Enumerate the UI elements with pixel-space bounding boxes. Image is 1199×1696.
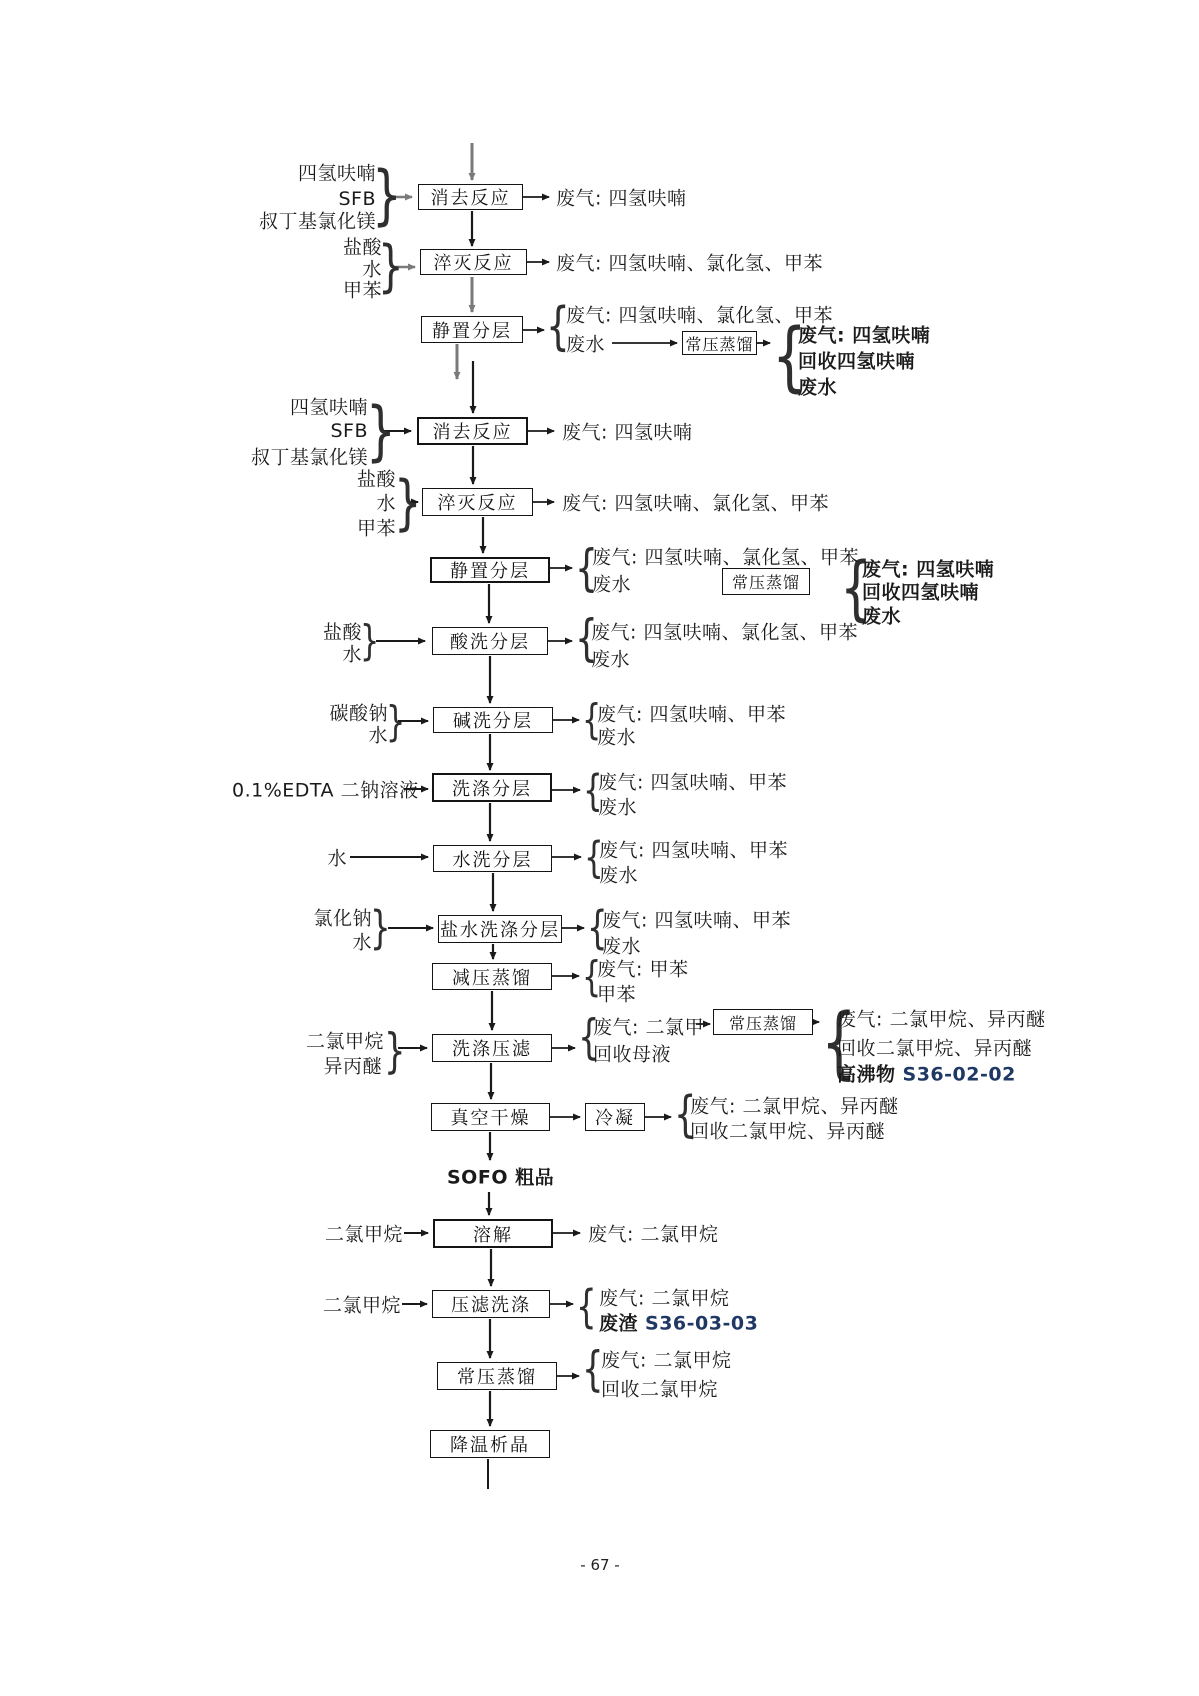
output-gas-line: 废气: 四氢呋喃	[798, 321, 930, 348]
output-wastewater-line: 废水	[862, 602, 901, 629]
process-box-label: 常压蒸馏	[457, 1363, 537, 1389]
process-box-label: 消去反应	[433, 418, 513, 444]
output-wastewater-line: 废水	[798, 373, 837, 400]
process-box-condense: 冷凝	[585, 1103, 645, 1131]
process-box-label: 常压蒸馏	[685, 332, 753, 355]
input-label-dcm: 二氯甲烷	[323, 1291, 401, 1318]
process-box-label: 静置分层	[450, 557, 530, 583]
process-box-dissolve: 溶解	[433, 1219, 553, 1248]
process-box-label: 减压蒸馏	[452, 964, 532, 990]
output-gas-line: 废气: 四氢呋喃	[556, 184, 686, 211]
output-wastewater-line: 废水	[592, 570, 631, 597]
output-recover-line: 回收四氢呋喃	[798, 347, 915, 374]
output-recover-line: 回收二氯甲烷、异丙醚	[837, 1034, 1032, 1061]
input-bracket: }	[366, 396, 396, 468]
output-gas-line: 废气: 二氯甲烷	[588, 1220, 718, 1247]
input-label-nacl: 氯化钠	[313, 904, 372, 931]
output-gas-line: 废气: 四氢呋喃、甲苯	[602, 906, 791, 933]
process-box-label: 静置分层	[432, 317, 512, 343]
output-gas-line: 废气: 四氢呋喃、氯化氢、甲苯	[591, 618, 858, 645]
output-wastewater-line: 废水	[597, 723, 636, 750]
output-wastewater-line: 废水	[591, 645, 630, 672]
waste-residue-code: S36-03-03	[645, 1313, 758, 1335]
process-box-filter-wash: 压滤洗涤	[432, 1290, 550, 1318]
output-wastewater-line: 废水	[566, 330, 605, 357]
input-label-tbmgcl: 叔丁基氯化镁	[251, 443, 368, 470]
process-box-label: 碱洗分层	[453, 707, 533, 733]
process-box-alkali-wash: 碱洗分层	[433, 707, 553, 733]
process-box-label: 真空干燥	[451, 1104, 531, 1130]
process-box-elimination: 消去反应	[418, 184, 523, 210]
input-label-thf: 四氢呋喃	[298, 159, 376, 186]
output-gas-line: 废气: 二氯甲烷、异丙醚	[690, 1092, 898, 1119]
output-toluene-line: 甲苯	[597, 980, 636, 1007]
output-gas-line: 废气: 二氯甲烷	[601, 1346, 731, 1373]
input-bracket: }	[372, 160, 402, 232]
input-bracket: }	[394, 470, 421, 536]
process-box-label: 降温析晶	[450, 1431, 530, 1457]
output-gas-line: 废气: 四氢呋喃、甲苯	[599, 836, 788, 863]
input-label-dcm: 二氯甲烷	[325, 1220, 403, 1247]
output-wastewater-line: 废水	[598, 793, 637, 820]
product-sofo-crude: SOFO 粗品	[447, 1163, 554, 1190]
process-box-atm-distill: 常压蒸馏	[722, 568, 810, 595]
process-box-quench: 淬灭反应	[422, 488, 533, 516]
process-box-wash-separate: 洗涤分层	[432, 773, 552, 802]
process-box-wash-filter: 洗涤压滤	[432, 1034, 552, 1062]
input-bracket: }	[360, 618, 379, 664]
process-box-label: 水洗分层	[453, 846, 533, 872]
waste-residue-label: 废渣	[599, 1313, 638, 1335]
process-box-label: 洗涤分层	[452, 775, 532, 801]
high-boiler-label: 高沸物	[837, 1064, 896, 1086]
input-label-water: 水	[327, 844, 347, 871]
process-box-label: 洗涤压滤	[452, 1035, 532, 1061]
input-label-toluene: 甲苯	[357, 514, 396, 541]
process-box-water-wash: 水洗分层	[433, 845, 552, 872]
output-recover-line: 回收四氢呋喃	[862, 578, 979, 605]
process-box-quench: 淬灭反应	[420, 249, 527, 275]
process-box-label: 压滤洗涤	[451, 1291, 531, 1317]
page-number: - 67 -	[560, 1556, 640, 1574]
output-recover-line: 回收二氯甲烷、异丙醚	[690, 1117, 885, 1144]
input-label-ipe: 异丙醚	[323, 1052, 382, 1079]
input-bracket: }	[386, 699, 405, 745]
process-box-atm-distill: 常压蒸馏	[682, 331, 757, 355]
input-bracket: }	[384, 1026, 406, 1078]
output-recover-line: 回收母液	[593, 1040, 671, 1067]
process-box-atm-distill: 常压蒸馏	[713, 1009, 813, 1035]
output-high-boiler-line: 高沸物S36-02-02	[837, 1060, 1016, 1087]
process-box-vacuum-distill: 减压蒸馏	[432, 963, 552, 990]
output-gas-line: 废气: 四氢呋喃、氯化氢、甲苯	[556, 249, 823, 276]
process-box-label: 消去反应	[431, 184, 511, 210]
process-box-label: 淬灭反应	[434, 249, 514, 275]
process-box-atm-distill: 常压蒸馏	[437, 1362, 557, 1390]
input-label-dcm: 二氯甲烷	[306, 1027, 384, 1054]
process-box-label: 盐水洗涤分层	[440, 916, 560, 942]
output-recover-line: 回收二氯甲烷	[601, 1375, 718, 1402]
output-brace: {	[576, 1282, 597, 1332]
output-waste-residue-line: 废渣S36-03-03	[599, 1309, 758, 1336]
process-box-vacuum-dry: 真空干燥	[431, 1103, 550, 1131]
output-gas-line: 废气: 四氢呋喃、氯化氢、甲苯	[562, 489, 829, 516]
output-gas-line: 废气: 甲苯	[597, 955, 688, 982]
output-gas-line: 废气: 四氢呋喃、氯化氢、甲苯	[566, 301, 833, 328]
process-box-label: 冷凝	[595, 1104, 635, 1130]
input-label-tbmgcl: 叔丁基氯化镁	[259, 207, 376, 234]
input-label-sfb: SFB	[330, 420, 368, 442]
output-gas-line: 废气: 二氯甲	[593, 1013, 704, 1040]
input-label-thf: 四氢呋喃	[290, 393, 368, 420]
output-wastewater-line: 废水	[599, 861, 638, 888]
process-box-elimination: 消去反应	[417, 417, 528, 445]
output-gas-line: 废气: 二氯甲烷、异丙醚	[837, 1005, 1045, 1032]
output-gas-line: 废气: 二氯甲烷	[599, 1284, 729, 1311]
process-box-label: 溶解	[473, 1221, 513, 1247]
input-label-edta: 0.1%EDTA 二钠溶液	[232, 776, 419, 803]
output-gas-line: 废气: 四氢呋喃、氯化氢、甲苯	[592, 543, 859, 570]
output-gas-line: 废气: 四氢呋喃、甲苯	[598, 768, 787, 795]
process-box-label: 常压蒸馏	[729, 1011, 797, 1034]
input-label-toluene: 甲苯	[343, 276, 382, 303]
process-box-label: 淬灭反应	[438, 489, 518, 515]
document-page: 四氢呋喃 SFB 叔丁基氯化镁 盐酸 水 甲苯 四氢呋喃 SFB 叔丁基氯化镁 …	[0, 0, 1199, 1696]
input-bracket: }	[370, 903, 391, 953]
process-box-settle: 静置分层	[430, 557, 550, 583]
process-box-settle: 静置分层	[421, 316, 523, 343]
output-gas-line: 废气: 四氢呋喃	[562, 418, 692, 445]
process-box-cool-crystallize: 降温析晶	[430, 1430, 550, 1458]
process-box-acid-wash: 酸洗分层	[432, 627, 548, 655]
high-boiler-code: S36-02-02	[903, 1064, 1016, 1086]
process-box-brine-wash: 盐水洗涤分层	[438, 915, 562, 943]
input-bracket: }	[378, 236, 404, 298]
process-box-label: 常压蒸馏	[732, 570, 800, 593]
process-box-label: 酸洗分层	[450, 628, 530, 654]
